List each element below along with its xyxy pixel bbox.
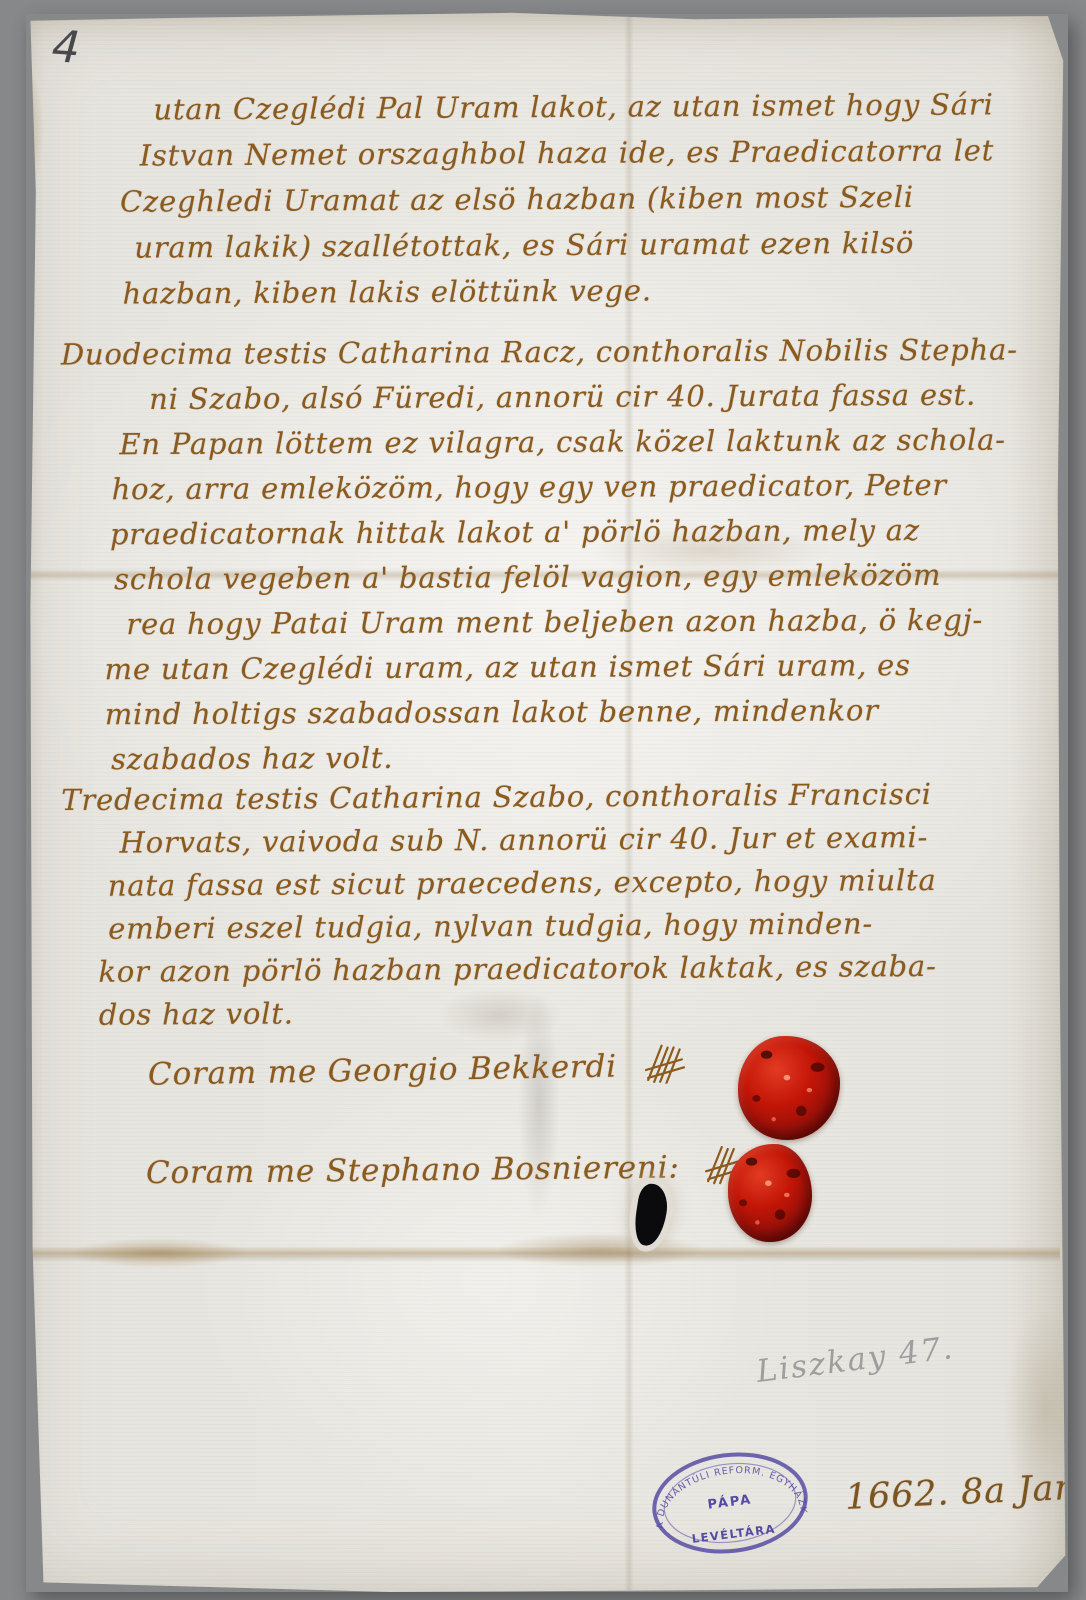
manuscript-line: mind holtigs szabadossan lakot benne, mi… [105,687,1020,737]
page-number-pencil: 4 [50,21,81,74]
crease-stain [470,1230,730,1270]
manuscript-line: praedicatornak hittak lakot a' pörlö haz… [110,507,1019,557]
signature-text: Coram me Stephano Bosniereni: [146,1150,680,1192]
signature-text: Coram me Georgio Bekkerdi [148,1049,618,1093]
signature-line-1: Coram me Georgio Bekkerdi [148,1043,686,1100]
archive-stamp: A DUNÁNTÚLI REFORM. EGYHÁZKERÜLET PÁPA L… [640,1436,821,1570]
wax-seal-mottling [728,1144,812,1242]
crease-stain [70,1236,290,1270]
manuscript-line: En Papan löttem ez vilagra, csak közel l… [119,417,1018,467]
manuscript-line: Istvan Nemet orszaghbol haza ide, es Pra… [140,127,995,178]
manuscript-line: Czeghledi Uramat az elsö hazban (kiben m… [120,173,995,224]
manuscript-line: utan Czeglédi Pal Uram lakot, az utan is… [153,81,994,132]
manuscript-paper: 4 utan Czeglédi Pal Uram lakot, az utan … [0,0,1086,1600]
manuscript-line: hazban, kiben lakis elöttünk vege. [122,265,995,316]
manuscript-line: nata fassa est sicut praecedens, excepto… [108,859,937,908]
manuscript-line: schola vegeben a' bastia felöl vagion, e… [114,552,1019,602]
manuscript-line: uram lakik) szallétottak, es Sári uramat… [134,219,995,270]
manuscript-line: dos haz volt. [99,988,938,1037]
paragraph-1: utan Czeglédi Pal Uram lakot, az utan is… [117,81,995,316]
manuscript-line: rea hogy Patai Uram ment beljeben azon h… [126,597,1019,647]
manuscript-line: me utan Czeglédi uram, az utan ismet Sár… [104,642,1019,692]
edge-stain [0,55,62,245]
manuscript-line: Tredecima testis Catharina Szabo, contho… [61,773,936,822]
manuscript-line: Horvats, vaivoda sub N. annorü cir 40. J… [119,816,936,865]
catalogue-note-pencil: Liszkay 47. [755,1330,957,1390]
wax-seal-body [738,1036,840,1140]
stamp-center-text: PÁPA [707,1491,753,1512]
manuscript-line: kor azon pörlö hazban praedicatorok lakt… [98,945,937,994]
manuscript-line: ni Szabo, alsó Füredi, annorü cir 40. Ju… [149,372,1018,422]
wax-seal-upper [738,1036,840,1140]
manuscript-line: hoz, arra emleközöm, hogy egy ven praedi… [112,462,1019,512]
wax-seal-lower [728,1144,812,1242]
wax-seal-mottling [738,1036,840,1140]
document-scan: 4 utan Czeglédi Pal Uram lakot, az utan … [0,0,1086,1600]
manuscript-line: Duodecima testis Catharina Racz, conthor… [61,327,1018,377]
paragraph-2: Duodecima testis Catharina Racz, conthor… [61,327,1020,782]
wax-seal-body [728,1144,812,1242]
manuscript-line: emberi eszel tudgia, nylvan tudgia, hogy… [108,902,937,951]
paragraph-3: Tredecima testis Catharina Szabo, contho… [61,773,937,1037]
paraph-flourish-icon [641,1043,686,1092]
